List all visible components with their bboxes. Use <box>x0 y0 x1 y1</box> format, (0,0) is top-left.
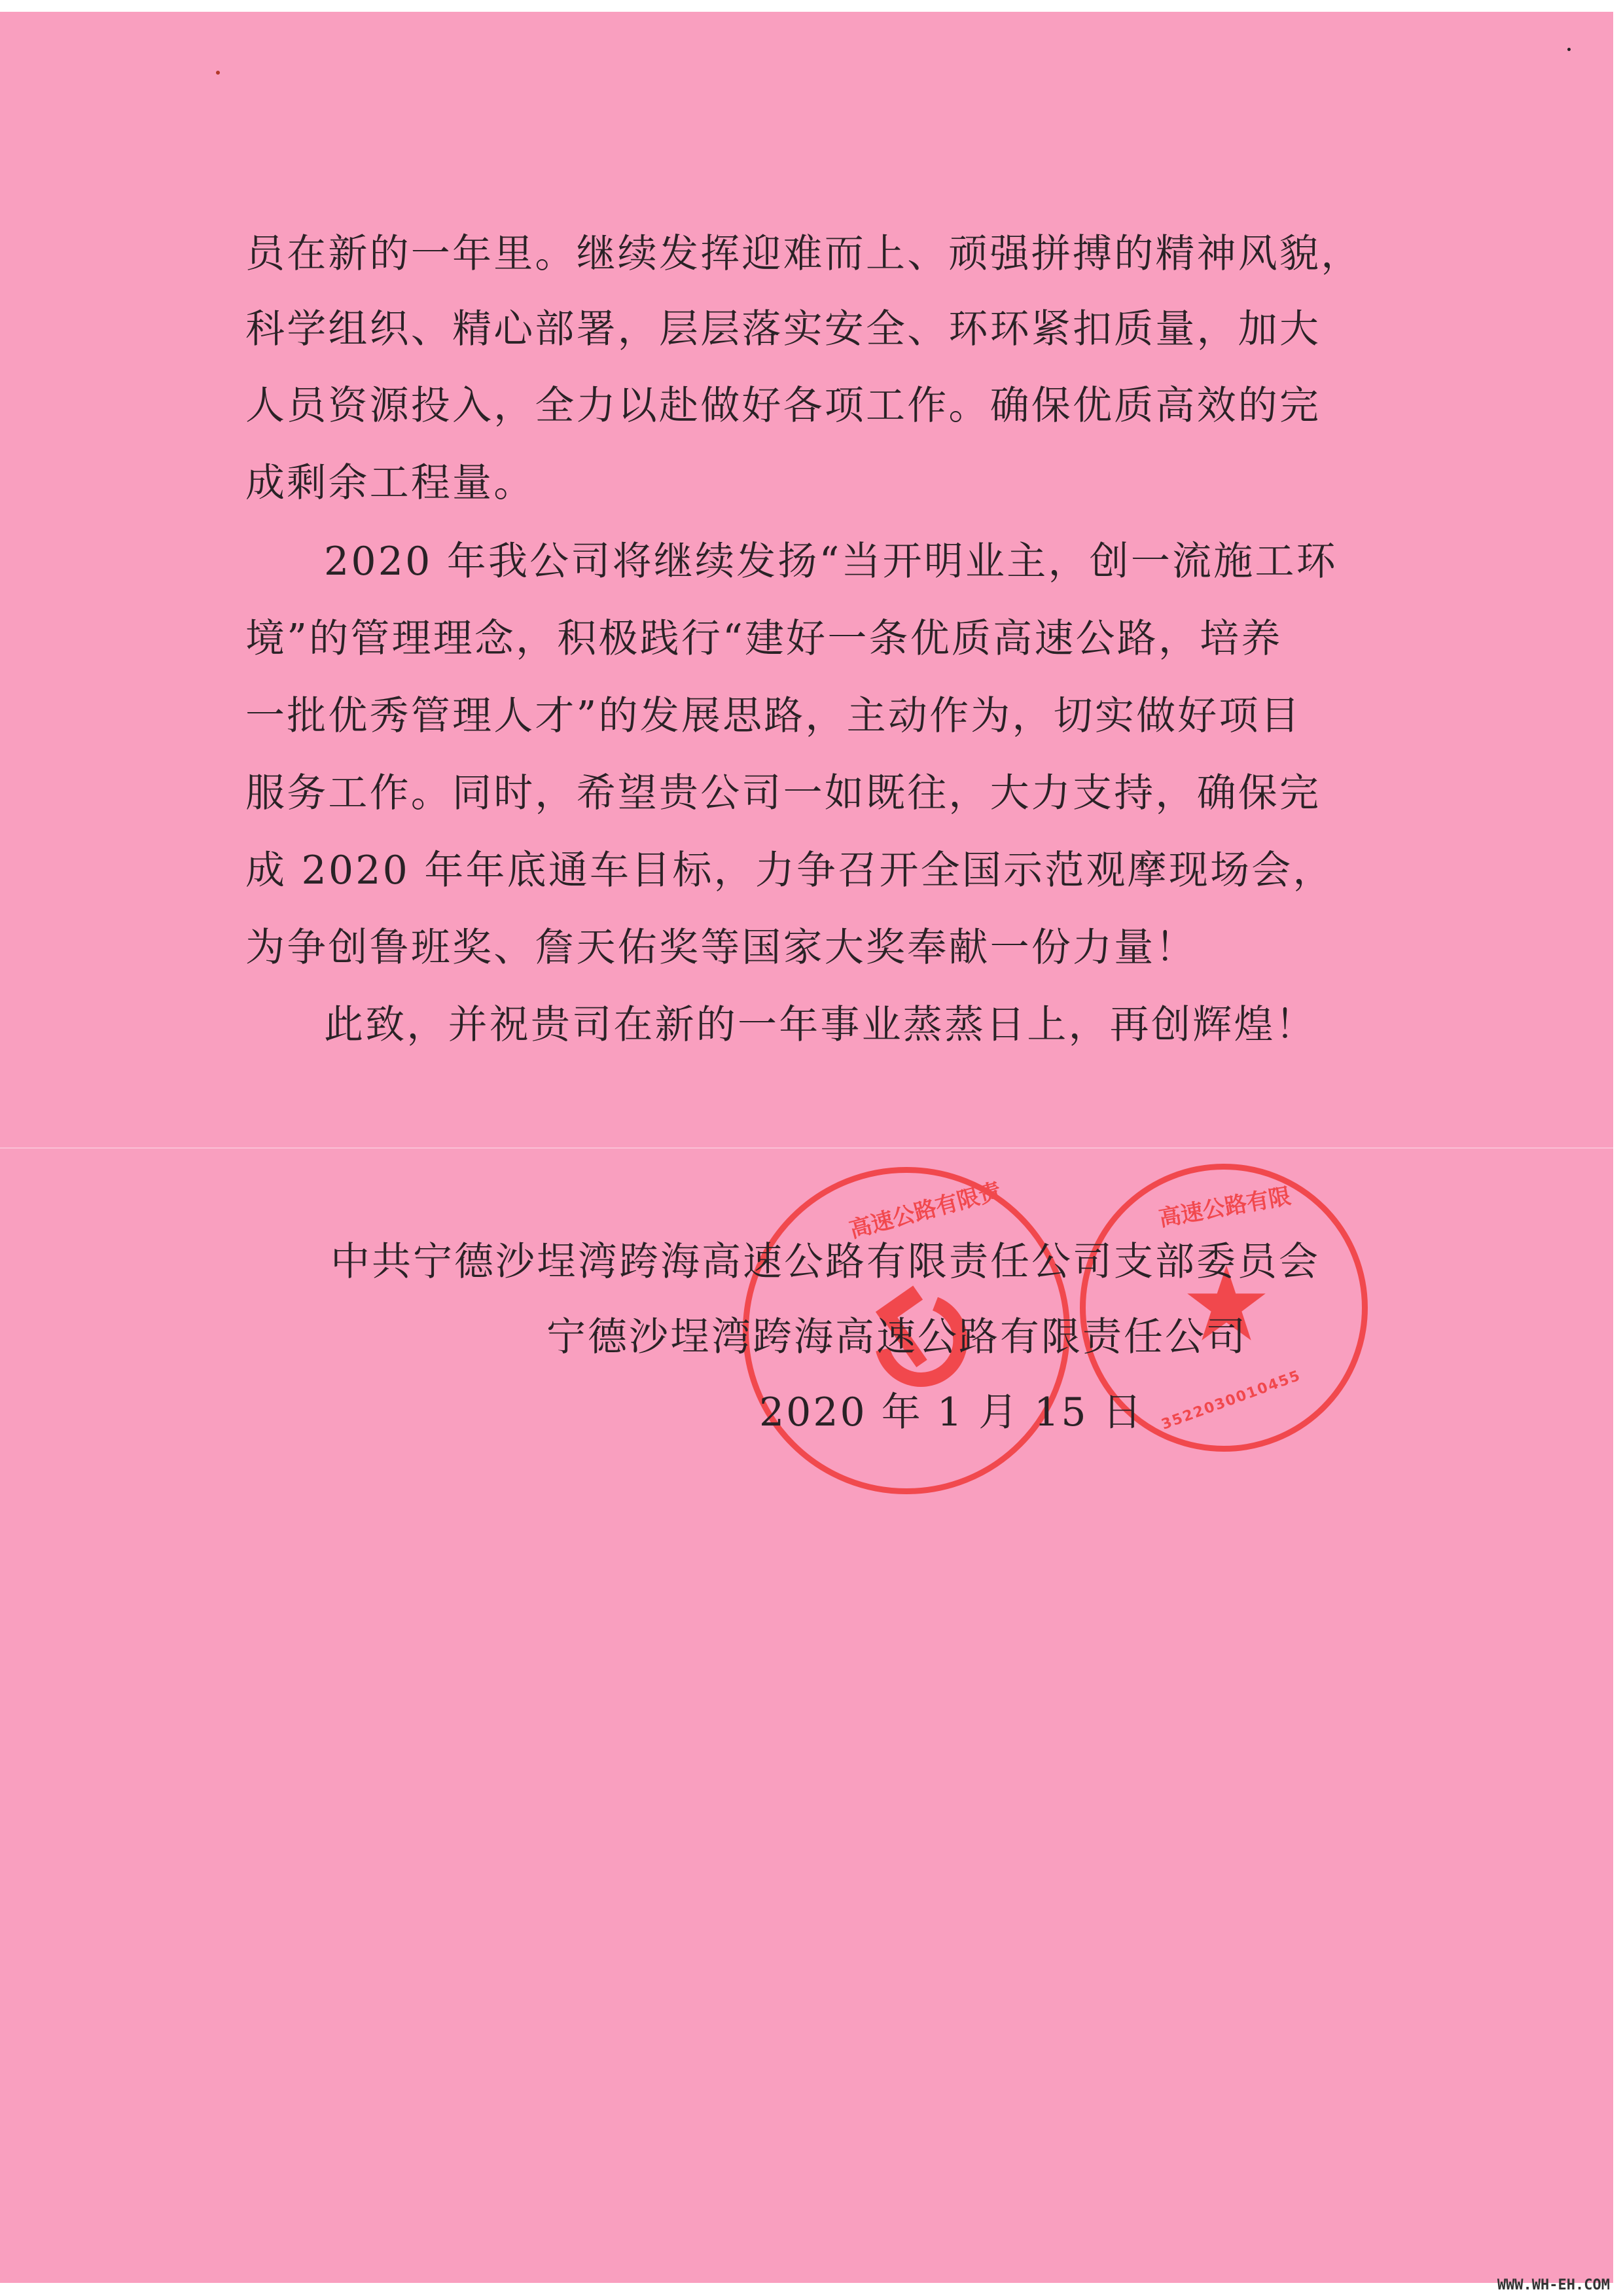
watermark: WWW.WH-EH.COM <box>1497 2277 1610 2293</box>
seal-arc-text: 高速公路有限责 <box>846 1173 1005 1244</box>
body-line: 为争创鲁班奖、詹天佑奖等国家大奖奉献一份力量！ <box>245 922 1371 974</box>
body-line: 服务工作。同时，希望贵公司一如既往，大力支持，确保完 <box>245 767 1371 819</box>
body-line: 一批优秀管理人才”的发展思路，主动作为，切实做好项目 <box>245 690 1371 742</box>
seal-arc-text: 高速公路有限 <box>1156 1178 1293 1233</box>
body-line: 成剩余工程量。 <box>245 457 1371 509</box>
body-line: 人员资源投入，全力以赴做好各项工作。确保优质高效的完 <box>245 380 1371 432</box>
body-line: 境”的管理理念，积极践行“建好一条优质高速公路，培养 <box>245 613 1371 665</box>
body-line: 2020 年我公司将继续发扬“当开明业主，创一流施工环 <box>324 535 1371 588</box>
signature-company: 宁德沙埕湾跨海高速公路有限责任公司 <box>546 1311 1247 1363</box>
seal-number: 3522030010455 <box>1160 1367 1304 1433</box>
body-line: 成 2020 年年底通车目标，力争召开全国示范观摩现场会， <box>245 844 1371 897</box>
paper-speck <box>1567 48 1571 51</box>
paper-fold-line <box>0 1147 1613 1149</box>
signature-party-branch: 中共宁德沙埕湾跨海高速公路有限责任公司支部委员会 <box>330 1236 1320 1288</box>
paper-speck <box>216 71 220 75</box>
body-line: 科学组织、精心部署，层层落实安全、环环紧扣质量，加大 <box>245 303 1371 355</box>
signature-date: 2020 年 1 月 15 日 <box>759 1386 1144 1439</box>
body-line: 员在新的一年里。继续发挥迎难而上、顽强拼搏的精神风貌， <box>245 228 1371 280</box>
closing-line: 此致，并祝贵司在新的一年事业蒸蒸日上，再创辉煌！ <box>324 999 1371 1051</box>
pink-letter-page: 员在新的一年里。继续发挥迎难而上、顽强拼搏的精神风貌， 科学组织、精心部署，层层… <box>0 12 1613 2283</box>
